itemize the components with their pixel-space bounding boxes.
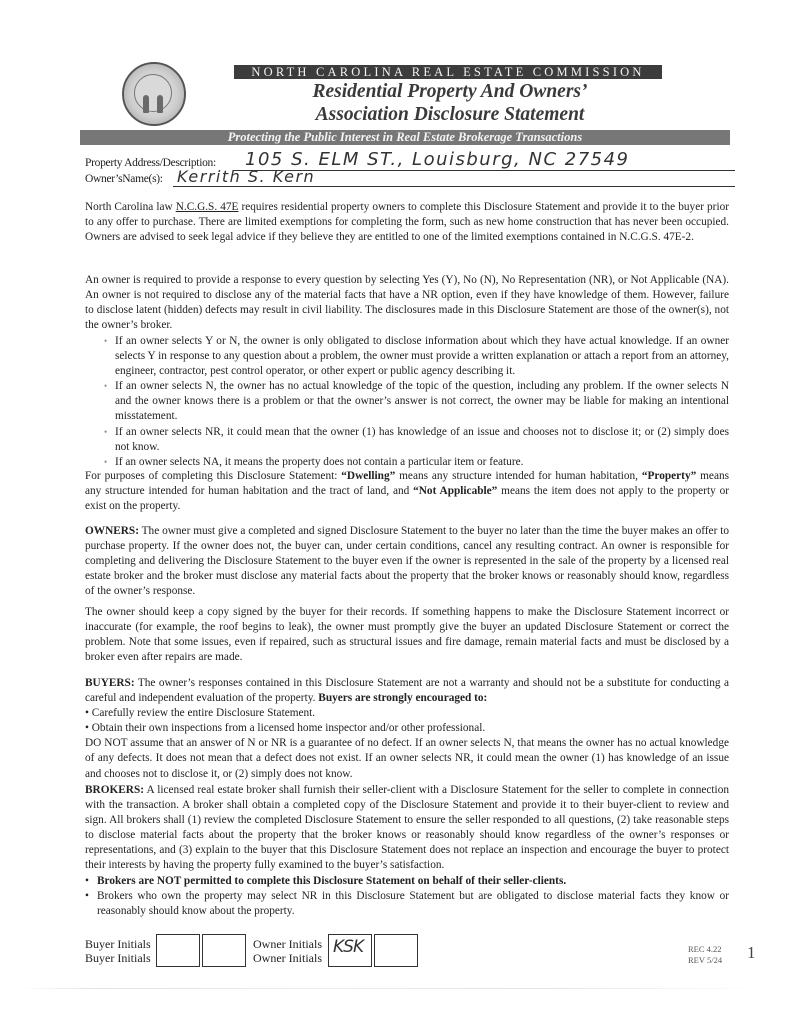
owner-name-field[interactable]: Kerrith S. Kern	[177, 167, 315, 186]
broker-bullet-not-permitted: Brokers are NOT permitted to complete th…	[85, 874, 729, 889]
rule-bullet-y-or-n: If an owner selects Y or N, the owner is…	[104, 334, 729, 379]
owner-initials-box-1[interactable]: KSK	[328, 934, 372, 967]
buyer-initials-label-1: Buyer Initials	[85, 937, 151, 951]
intro-paragraph: North Carolina law N.C.G.S. 47E requires…	[85, 200, 729, 245]
form-rec-code: REC 4.22	[688, 944, 722, 955]
seal-figure-right	[157, 95, 163, 113]
broker-bullet-text: Brokers are NOT permitted to complete th…	[97, 875, 566, 887]
form-revision: REC 4.22 REV 5/24	[688, 944, 722, 966]
buyers-heading: BUYERS:	[85, 677, 135, 689]
owner-name-row: Owner’sName(s): Kerrith S. Kern	[85, 169, 735, 187]
tagline-banner: Protecting the Public Interest in Real E…	[80, 130, 730, 145]
broker-bullet-own-property: Brokers who own the property may select …	[85, 889, 729, 919]
brokers-section: BROKERS: A licensed real estate broker s…	[85, 783, 729, 919]
buyer-initials-box-2[interactable]	[202, 934, 246, 967]
buyer-bullet-inspect: • Obtain their own inspections from a li…	[85, 721, 729, 736]
owners-paragraph-2: The owner should keep a copy signed by t…	[85, 605, 729, 665]
seal-center	[134, 74, 172, 112]
seal-figure-left	[143, 95, 149, 113]
rule-bullet-n: If an owner selects N, the owner has no …	[104, 379, 729, 424]
intro-text: North Carolina law	[85, 201, 176, 213]
definitions-text: For purposes of completing this Disclosu…	[85, 470, 341, 482]
term-property: “Property”	[642, 470, 696, 482]
owner-initials-box-2[interactable]	[374, 934, 418, 967]
owner-name-underline	[173, 186, 735, 187]
rule-bullet-na: If an owner selects NA, it means the pro…	[104, 455, 729, 470]
owners-paragraph: OWNERS: The owner must give a completed …	[85, 524, 729, 599]
disclosure-form-page: NORTH CAROLINA REAL ESTATE COMMISSION Re…	[0, 0, 791, 1024]
statute-link[interactable]: N.C.G.S. 47E	[176, 201, 239, 213]
owner-initials-label-2: Owner Initials	[253, 951, 322, 965]
definitions-paragraph: For purposes of completing this Disclosu…	[85, 469, 729, 514]
response-rules-list: If an owner selects Y or N, the owner is…	[104, 334, 729, 470]
owner-name-label: Owner’sName(s):	[85, 173, 163, 185]
definitions-text: means any structure intended for human h…	[395, 470, 642, 482]
brokers-list: Brokers are NOT permitted to complete th…	[85, 874, 729, 919]
rule-bullet-nr: If an owner selects NR, it could mean th…	[104, 425, 729, 455]
owners-heading: OWNERS:	[85, 525, 139, 537]
form-title-line-1: Residential Property And Owners’	[200, 81, 700, 103]
commission-banner: NORTH CAROLINA REAL ESTATE COMMISSION	[234, 65, 662, 79]
state-seal-icon	[122, 62, 186, 126]
scan-artifact-divider	[20, 988, 765, 989]
term-dwelling: “Dwelling”	[341, 470, 395, 482]
owner-initials-label-1: Owner Initials	[253, 937, 322, 951]
buyers-list: • Carefully review the entire Disclosure…	[85, 706, 729, 736]
page-number: 1	[747, 943, 756, 963]
brokers-text: A licensed real estate broker shall furn…	[85, 784, 729, 871]
buyer-initials-label-2: Buyer Initials	[85, 951, 151, 965]
buyer-initials-box-1[interactable]	[156, 934, 200, 967]
form-title-line-2: Association Disclosure Statement	[200, 104, 700, 126]
buyers-section: BUYERS: The owner’s responses contained …	[85, 676, 729, 782]
buyer-bullet-review: • Carefully review the entire Disclosure…	[85, 706, 729, 721]
owner-initials-value-1: KSK	[333, 937, 363, 957]
term-not-applicable: “Not Applicable”	[413, 485, 497, 497]
response-rules-paragraph: An owner is required to provide a respon…	[85, 273, 729, 333]
brokers-heading: BROKERS:	[85, 784, 144, 796]
form-rev-date: REV 5/24	[688, 955, 722, 966]
buyers-encouraged: Buyers are strongly encouraged to:	[318, 692, 487, 704]
owners-text: The owner must give a completed and sign…	[85, 525, 729, 597]
buyers-warning: DO NOT assume that an answer of N or NR …	[85, 736, 729, 781]
